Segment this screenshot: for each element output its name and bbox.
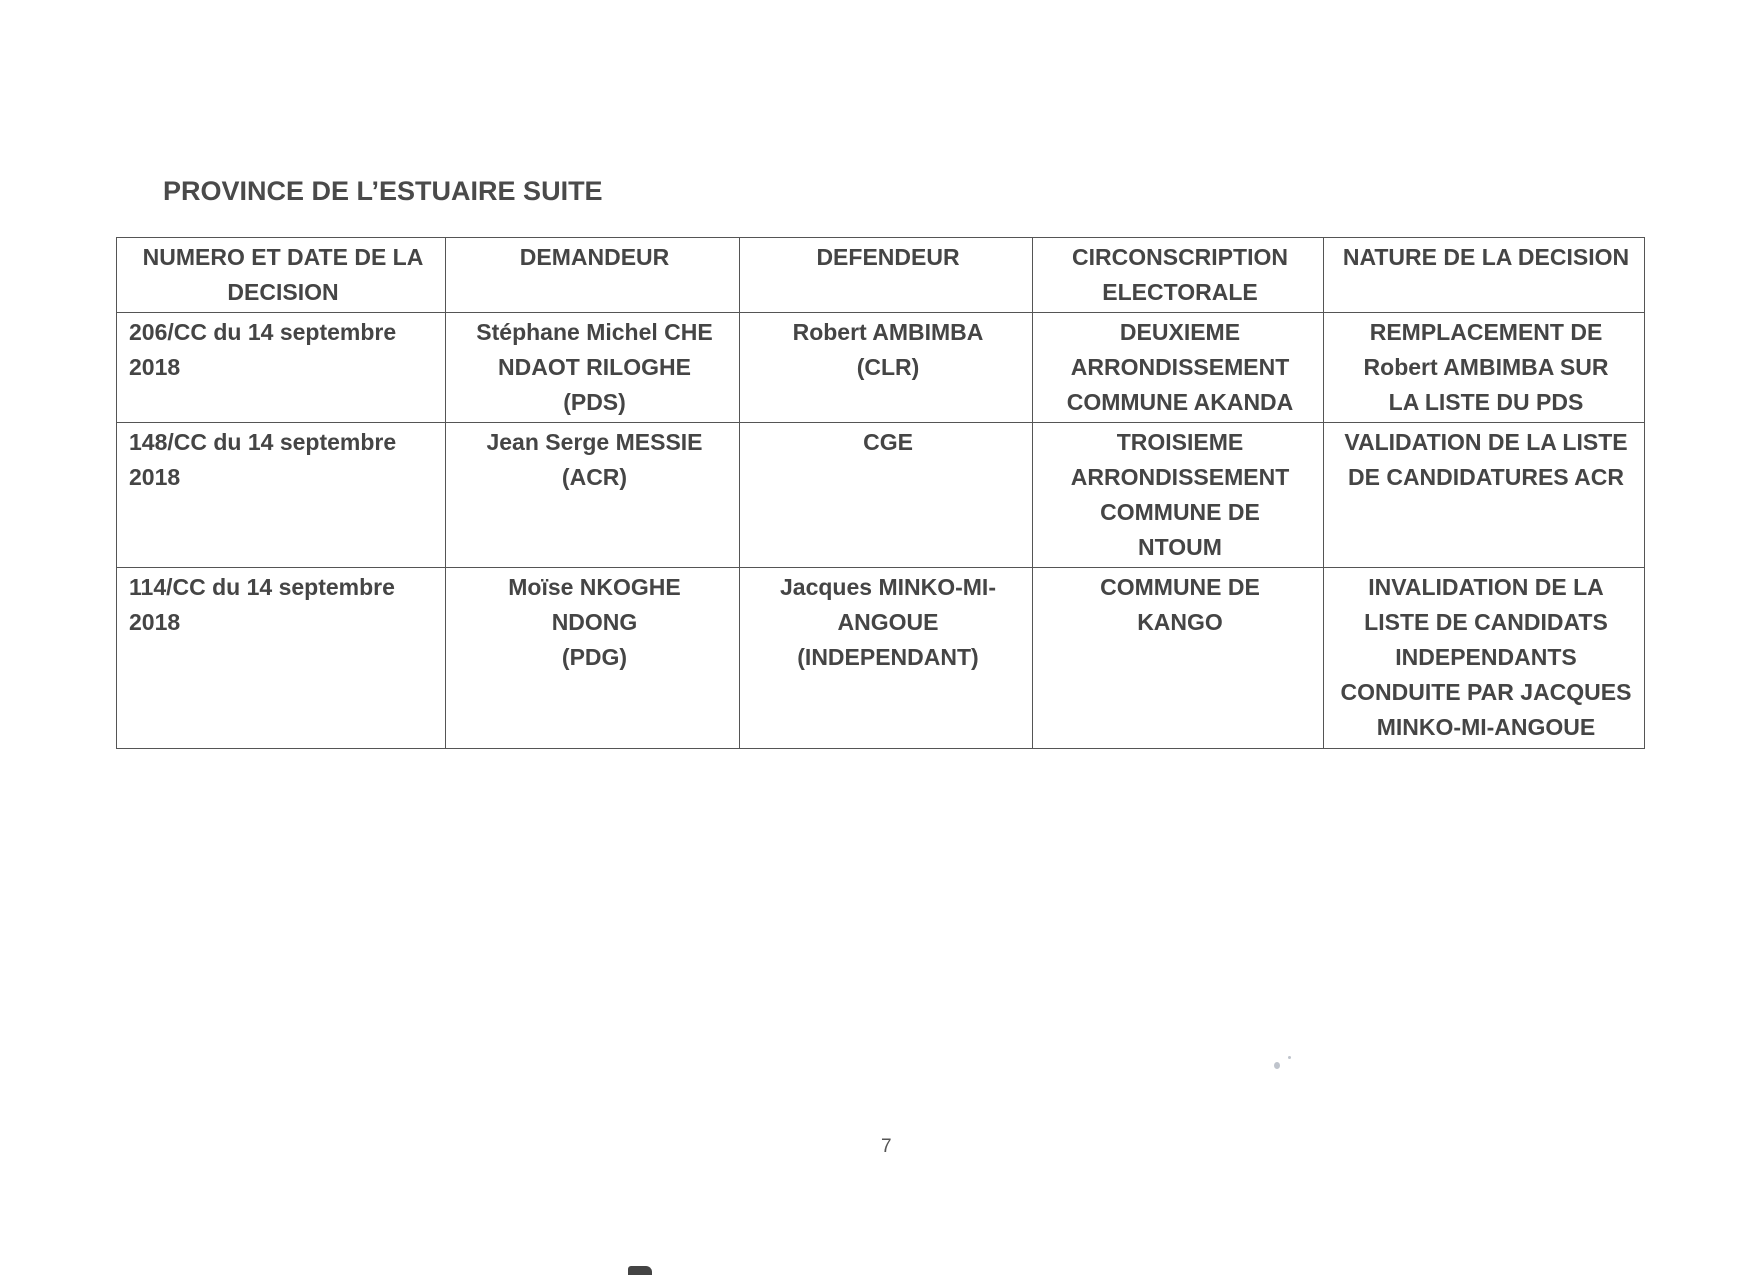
header-defendeur: DEFENDEUR bbox=[740, 238, 1033, 313]
cell-demandeur: Moïse NKOGHE NDONG (PDG) bbox=[446, 568, 740, 749]
scan-speck bbox=[1288, 1056, 1291, 1059]
cell-nature-decision: REMPLACEMENT DE Robert AMBIMBA SUR LA LI… bbox=[1324, 313, 1645, 423]
header-circonscription: CIRCONSCRIPTION ELECTORALE bbox=[1033, 238, 1324, 313]
cell-defendeur: Robert AMBIMBA (CLR) bbox=[740, 313, 1033, 423]
scan-speck bbox=[1274, 1062, 1280, 1069]
page-number: 7 bbox=[881, 1136, 892, 1158]
cell-nature-decision: INVALIDATION DE LA LISTE DE CANDIDATS IN… bbox=[1324, 568, 1645, 749]
cell-demandeur: Jean Serge MESSIE (ACR) bbox=[446, 423, 740, 568]
cell-demandeur: Stéphane Michel CHE NDAOT RILOGHE (PDS) bbox=[446, 313, 740, 423]
header-numero-date: NUMERO ET DATE DE LA DECISION bbox=[117, 238, 446, 313]
cell-numero-date: 206/CC du 14 septembre 2018 bbox=[117, 313, 446, 423]
table-row: 114/CC du 14 septembre 2018 Moïse NKOGHE… bbox=[117, 568, 1645, 749]
decisions-table: NUMERO ET DATE DE LA DECISION DEMANDEUR … bbox=[116, 237, 1645, 749]
table-header-row: NUMERO ET DATE DE LA DECISION DEMANDEUR … bbox=[117, 238, 1645, 313]
cell-defendeur: Jacques MINKO-MI- ANGOUE (INDEPENDANT) bbox=[740, 568, 1033, 749]
cell-defendeur: CGE bbox=[740, 423, 1033, 568]
table-row: 206/CC du 14 septembre 2018 Stéphane Mic… bbox=[117, 313, 1645, 423]
cell-circonscription: DEUXIEME ARRONDISSEMENT COMMUNE AKANDA bbox=[1033, 313, 1324, 423]
cell-nature-decision: VALIDATION DE LA LISTE DE CANDIDATURES A… bbox=[1324, 423, 1645, 568]
header-nature-decision: NATURE DE LA DECISION bbox=[1324, 238, 1645, 313]
page-title: PROVINCE DE L’ESTUAIRE SUITE bbox=[163, 176, 603, 207]
cell-numero-date: 114/CC du 14 septembre 2018 bbox=[117, 568, 446, 749]
cell-circonscription: TROISIEME ARRONDISSEMENT COMMUNE DE NTOU… bbox=[1033, 423, 1324, 568]
table-row: 148/CC du 14 septembre 2018 Jean Serge M… bbox=[117, 423, 1645, 568]
cell-circonscription: COMMUNE DE KANGO bbox=[1033, 568, 1324, 749]
header-demandeur: DEMANDEUR bbox=[446, 238, 740, 313]
cell-numero-date: 148/CC du 14 septembre 2018 bbox=[117, 423, 446, 568]
scan-edge-mark bbox=[628, 1266, 652, 1275]
